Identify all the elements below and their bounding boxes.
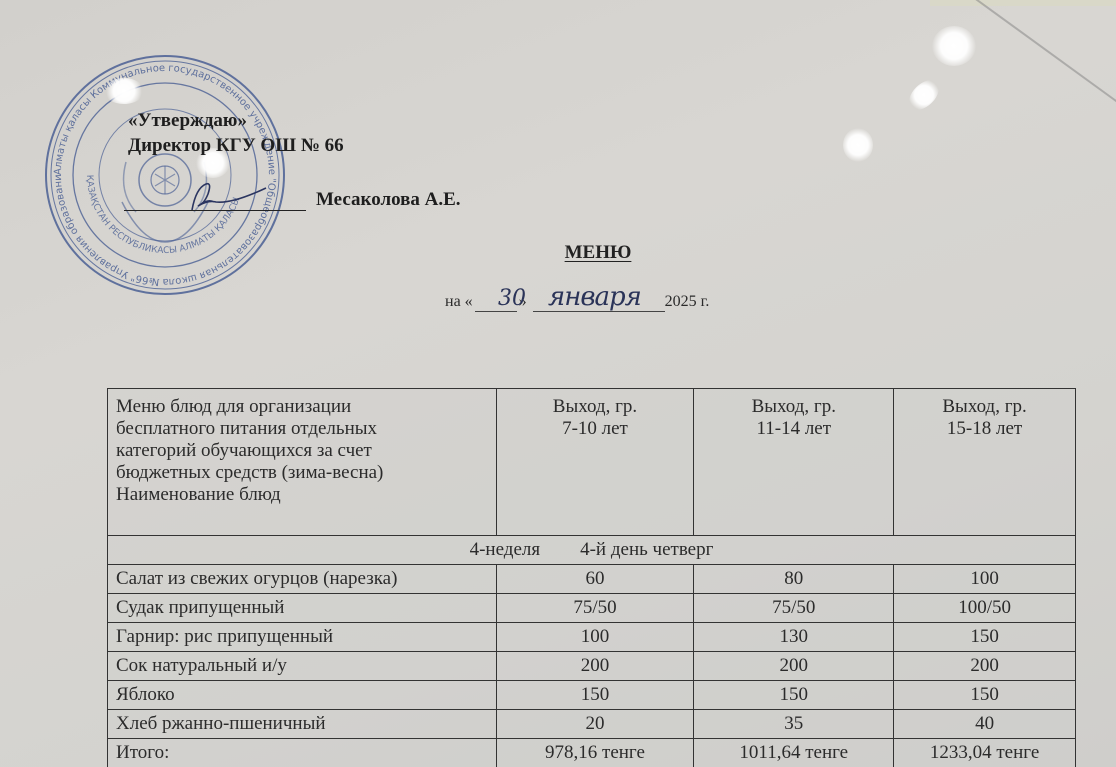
- dish-name: Салат из свежих огурцов (нарезка): [108, 565, 497, 594]
- portion-7-10: 100: [496, 623, 694, 652]
- dish-name: Яблоко: [108, 681, 497, 710]
- portion-15-18: 40: [894, 710, 1076, 739]
- total-15-18: 1233,04 тенге: [894, 739, 1076, 767]
- header-age-15-18: Выход, гр. 15-18 лет: [894, 389, 1076, 536]
- day-label: 4-й день четверг: [580, 539, 713, 560]
- header-dish-name: Меню блюд для организации бесплатного пи…: [108, 389, 497, 536]
- dish-name: Гарнир: рис припущенный: [108, 623, 497, 652]
- background-strip: [930, 0, 1116, 6]
- menu-title-block: МЕНЮ: [0, 242, 1116, 264]
- date-year: 2025 г.: [665, 293, 710, 310]
- paper-fold-line: [964, 0, 1116, 133]
- portion-11-14: 130: [694, 623, 894, 652]
- portion-15-18: 100: [894, 565, 1076, 594]
- portion-7-10: 150: [496, 681, 694, 710]
- portion-11-14: 150: [694, 681, 894, 710]
- table-row: Хлеб ржанно-пшеничный203540: [108, 710, 1076, 739]
- dish-name: Сок натуральный и/у: [108, 652, 497, 681]
- header-line: Меню блюд для организации: [116, 396, 488, 418]
- portion-11-14: 80: [694, 565, 894, 594]
- dish-name: Хлеб ржанно-пшеничный: [108, 710, 497, 739]
- table-row: Яблоко150150150: [108, 681, 1076, 710]
- total-11-14: 1011,64 тенге: [694, 739, 894, 767]
- portion-7-10: 20: [496, 710, 694, 739]
- menu-title: МЕНЮ: [485, 242, 632, 263]
- table-row: Гарнир: рис припущенный100130150: [108, 623, 1076, 652]
- approval-block: «Утверждаю» Директор КГУ ОШ № 66: [128, 108, 344, 158]
- week-label: 4-неделя: [470, 539, 541, 560]
- handwritten-day: 30: [498, 286, 526, 311]
- header-line: Наименование блюд: [116, 484, 488, 506]
- table-row: Салат из свежих огурцов (нарезка)6080100: [108, 565, 1076, 594]
- table-header-row: Меню блюд для организации бесплатного пи…: [108, 389, 1076, 536]
- header-line: Выход, гр.: [702, 396, 885, 418]
- portion-11-14: 200: [694, 652, 894, 681]
- signature-line: [124, 210, 306, 211]
- portion-15-18: 150: [894, 681, 1076, 710]
- light-glare: [843, 128, 873, 162]
- header-age-7-10: Выход, гр. 7-10 лет: [496, 389, 694, 536]
- total-label: Итого:: [108, 739, 497, 767]
- week-day-row: 4-неделя4-й день четверг: [108, 536, 1076, 565]
- header-line: Выход, гр.: [902, 396, 1067, 418]
- header-line: бесплатного питания отдельных: [116, 418, 488, 440]
- header-line: 11-14 лет: [702, 418, 885, 440]
- portion-7-10: 60: [496, 565, 694, 594]
- header-line: 7-10 лет: [505, 418, 686, 440]
- menu-table: Меню блюд для организации бесплатного пи…: [107, 388, 1076, 767]
- light-glare: [932, 26, 976, 66]
- table-row: Судак припущенный75/5075/50100/50: [108, 594, 1076, 623]
- portion-11-14: 75/50: [694, 594, 894, 623]
- header-line: 15-18 лет: [902, 418, 1067, 440]
- director-position: Директор КГУ ОШ № 66: [128, 133, 344, 158]
- portion-11-14: 35: [694, 710, 894, 739]
- portion-15-18: 100/50: [894, 594, 1076, 623]
- week-day-cell: 4-неделя4-й день четверг: [108, 536, 1076, 565]
- dish-name: Судак припущенный: [108, 594, 497, 623]
- date-prefix: на «: [445, 293, 473, 310]
- table-row: Сок натуральный и/у200200200: [108, 652, 1076, 681]
- director-name: Месаколова А.Е.: [316, 189, 461, 211]
- portion-15-18: 150: [894, 623, 1076, 652]
- total-7-10: 978,16 тенге: [496, 739, 694, 767]
- header-line: категорий обучающихся за счет: [116, 440, 488, 462]
- portion-7-10: 200: [496, 652, 694, 681]
- header-age-11-14: Выход, гр. 11-14 лет: [694, 389, 894, 536]
- header-line: Выход, гр.: [505, 396, 686, 418]
- light-glare: [903, 74, 944, 115]
- portion-7-10: 75/50: [496, 594, 694, 623]
- portion-15-18: 200: [894, 652, 1076, 681]
- header-line: бюджетных средств (зима-весна): [116, 462, 488, 484]
- total-row: Итого: 978,16 тенге 1011,64 тенге 1233,0…: [108, 739, 1076, 767]
- approved-label: «Утверждаю»: [128, 108, 344, 133]
- handwritten-month: января: [548, 282, 641, 312]
- light-glare: [104, 78, 144, 104]
